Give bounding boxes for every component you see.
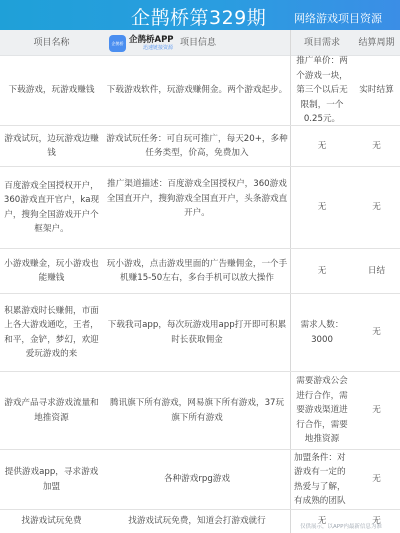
cell-project-info: 找游戏试玩免费，知道会打游戏就行 [103, 510, 291, 533]
cell-project-name: 找游戏试玩免费 [0, 510, 103, 533]
cell-project-info: 各种游戏rpg游戏 [103, 450, 291, 509]
cell-project-name: 下载游戏，玩游戏赚钱 [0, 56, 103, 125]
header-project-info: 项目信息 [178, 30, 218, 56]
cell-project-info: 下载我司app，每次玩游戏用app打开即可积累时长获取佣金 [103, 294, 291, 371]
cell-settlement: 日结 [353, 249, 400, 293]
cell-project-needs: 无 [291, 126, 353, 166]
cell-project-name: 游戏试玩，边玩游戏边赚钱 [0, 126, 103, 166]
cell-settlement: 无 [353, 126, 400, 166]
header-project-needs: 项目需求 [291, 30, 353, 56]
cell-project-info: 腾讯旗下所有游戏，网易旗下所有游戏，37玩旗下所有游戏 [103, 372, 291, 449]
cell-settlement: 无 [353, 167, 400, 248]
cell-project-name: 游戏产品寻求游戏流量和地推资源 [0, 372, 103, 449]
cell-project-needs: 需要游戏公会进行合作，需要游戏渠道进行合作，需要地推资源 [291, 372, 353, 449]
cell-project-name: 小游戏赚金，玩小游戏也能赚钱 [0, 249, 103, 293]
header-settlement-cycle: 结算周期 [353, 30, 400, 56]
app-tagline: 迅速链接资源 [143, 44, 173, 51]
cell-project-needs: 需求人数：3000 [291, 294, 353, 371]
cell-project-needs: 加盟条件：对游戏有一定的热爱与了解，有成熟的团队 [291, 450, 353, 509]
table-row: 百度游戏全国授权开户，360游戏直开官户，ka现户，搜狗全国游戏开户个框架户。 … [0, 167, 400, 249]
cell-project-name: 百度游戏全国授权开户，360游戏直开官户，ka现户，搜狗全国游戏开户个框架户。 [0, 167, 103, 248]
banner: 企鹊桥第329期 网络游戏项目资源 [0, 0, 400, 30]
table-row: 小游戏赚金，玩小游戏也能赚钱 玩小游戏，点击游戏里面的广告赚佣金，一个手机赚15… [0, 249, 400, 294]
cell-settlement: 无 [353, 372, 400, 449]
watermark: 仅供展示，以APP内最新信息为准 [300, 522, 382, 530]
cell-project-info: 推广渠道描述：百度游戏全国授权户，360游戏全国直开户，搜狗游戏全国直开户，头条… [103, 167, 291, 248]
cell-project-needs: 无 [291, 249, 353, 293]
table-row: 下载游戏，玩游戏赚钱 下载游戏软件，玩游戏赚佣金。两个游戏起步。 推广单价：两个… [0, 56, 400, 126]
page-subtitle: 网络游戏项目资源 [294, 10, 382, 26]
cell-project-info: 游戏试玩任务：可自玩可推广，每天20+，多种任务类型，价高，免费加入 [103, 126, 291, 166]
cell-settlement: 实时结算 [353, 56, 400, 125]
cell-settlement: 无 [353, 450, 400, 509]
cell-project-name: 积累游戏时长赚佣，市面上各大游戏通吃，王者，和平，金铲，梦幻，欢迎爱玩游戏的来 [0, 294, 103, 371]
table-row: 提供游戏app，寻求游戏加盟 各种游戏rpg游戏 加盟条件：对游戏有一定的热爱与… [0, 450, 400, 510]
cell-project-needs: 推广单价：两个游戏一块，第三个以后无限制，一个0.25元。 [291, 56, 353, 125]
cell-project-info: 玩小游戏，点击游戏里面的广告赚佣金，一个手机赚15-50左右，多台手机可以放大操… [103, 249, 291, 293]
table-row: 积累游戏时长赚佣，市面上各大游戏通吃，王者，和平，金铲，梦幻，欢迎爱玩游戏的来 … [0, 294, 400, 372]
table-row: 游戏产品寻求游戏流量和地推资源 腾讯旗下所有游戏，网易旗下所有游戏，37玩旗下所… [0, 372, 400, 450]
page-title: 企鹊桥第329期 [131, 3, 266, 30]
table-header: 项目名称 企鹊桥 企鹊桥APP 迅速链接资源 项目信息 项目需求 结算周期 [0, 30, 400, 56]
cell-settlement: 无 [353, 294, 400, 371]
cell-project-info: 下载游戏软件，玩游戏赚佣金。两个游戏起步。 [103, 56, 291, 125]
app-logo-icon: 企鹊桥 [109, 35, 126, 52]
header-project-name: 项目名称 [0, 30, 103, 56]
table-row: 游戏试玩，边玩游戏边赚钱 游戏试玩任务：可自玩可推广，每天20+，多种任务类型，… [0, 126, 400, 167]
cell-project-needs: 无 [291, 167, 353, 248]
cell-project-name: 提供游戏app，寻求游戏加盟 [0, 450, 103, 509]
